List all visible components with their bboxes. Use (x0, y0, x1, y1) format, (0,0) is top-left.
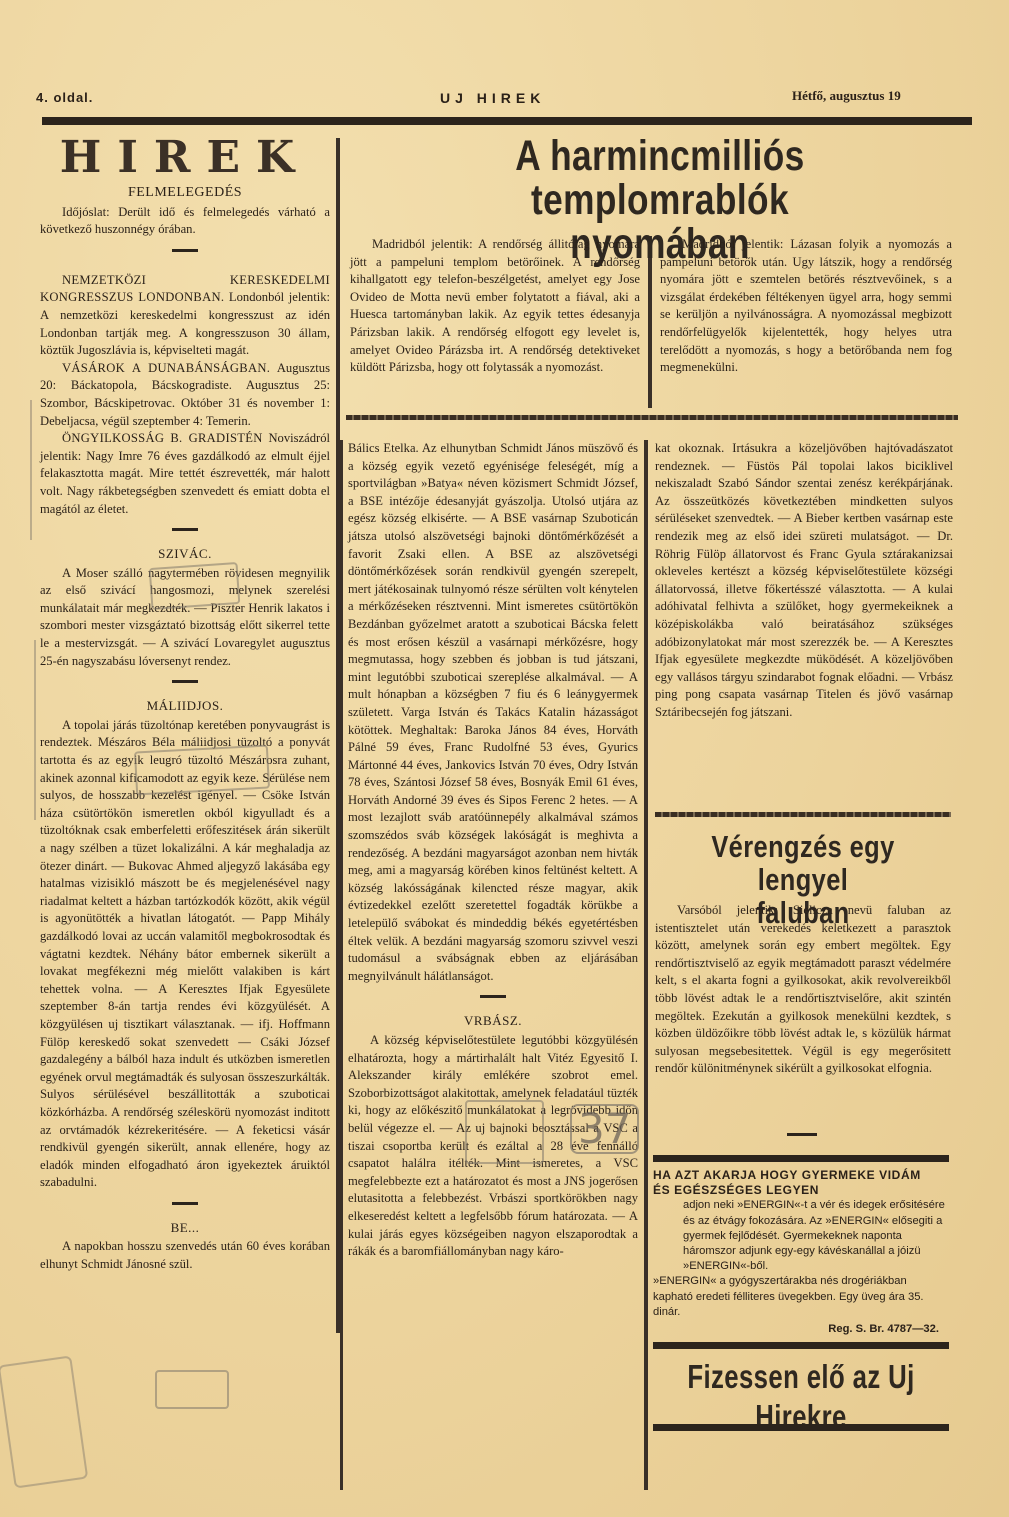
issue-date: Hétfő, augusztus 19 (792, 88, 901, 104)
separator-dash (172, 249, 198, 252)
banner-top-rule (653, 1342, 949, 1349)
pencil-mark-box (155, 1370, 229, 1409)
ad-availability: »ENERGIN« a gyógyszertárakba nés drogéri… (653, 1274, 949, 1320)
ad-body: adjon neki »ENERGIN«-t a vér és idegek e… (653, 1198, 949, 1274)
separator-dash (480, 995, 506, 998)
column-divider (340, 440, 343, 1490)
pencil-mark-margin (4, 400, 32, 540)
section-heading-maliidjos: MÁLIIDJOS. (40, 697, 330, 715)
ad-top-rule (653, 1155, 949, 1162)
story-separator (655, 812, 951, 817)
ad-headline: ÉS EGÉSZSÉGES LEGYEN (653, 1183, 949, 1198)
separator-dash (172, 528, 198, 531)
weather-heading: FELMELEGEDÉS (40, 184, 330, 202)
pencil-mark-margin (4, 640, 36, 820)
banner-bottom-rule (653, 1424, 949, 1431)
section-heading-vrbasz: VRBÁSZ. (348, 1012, 638, 1030)
news-item: VÁSÁROK A DUNABÁNSÁGBAN. Augusztus 20: B… (40, 360, 330, 430)
story2-text: Varsóból jelentik: Sielicza nevü faluban… (655, 902, 951, 1078)
ad-registration: Reg. S. Br. 4787—32. (653, 1322, 949, 1337)
news-item: NEMZETKÖZI KERESKEDELMI KONGRESSZUS LOND… (40, 272, 330, 360)
pencil-mark-box (134, 745, 270, 796)
pencil-mark-margin (0, 1355, 88, 1488)
pencil-mark-box (465, 1100, 544, 1164)
section-heading-be: BE... (40, 1219, 330, 1237)
page-number: 4. oldal. (36, 90, 93, 105)
news-item: ÖNGYILKOSSÁG B. GRADISTÉN Noviszádról je… (40, 430, 330, 518)
feature-column-2: Madridból jelentik: Lázasan folyik a nyo… (660, 236, 952, 377)
separator-dash (787, 1133, 817, 1136)
masthead-rule (42, 117, 972, 125)
weather-text: Időjóslat: Derült idő és felmelegedés vá… (40, 204, 330, 239)
energin-advertisement: HA AZT AKARJA HOGY GYERMEKE VIDÁM ÉS EGÉ… (653, 1168, 949, 1337)
paper-name: UJ HIREK (440, 90, 545, 106)
right-column: kat okoznak. Irtásukra a közeljövőben ha… (655, 440, 953, 722)
news-column: FELMELEGEDÉS Időjóslat: Derült idő és fe… (40, 184, 330, 1274)
pencil-number-37: 37 (570, 1104, 639, 1154)
feature-bottom-rule (346, 415, 958, 420)
separator-dash (172, 680, 198, 683)
ad-headline: HA AZT AKARJA HOGY GYERMEKE VIDÁM (653, 1168, 949, 1183)
separator-dash (172, 1202, 198, 1205)
section-text: A napokban hosszu szenvedés után 60 éves… (40, 1238, 330, 1273)
pencil-mark-box (149, 562, 241, 610)
column-divider (644, 440, 648, 1490)
feature-column-1: Madridból jelentik: A rendőrség állitóla… (350, 236, 640, 377)
section-heading-szivac: SZIVÁC. (40, 545, 330, 563)
section-title-hirek: HIREK (40, 132, 330, 183)
